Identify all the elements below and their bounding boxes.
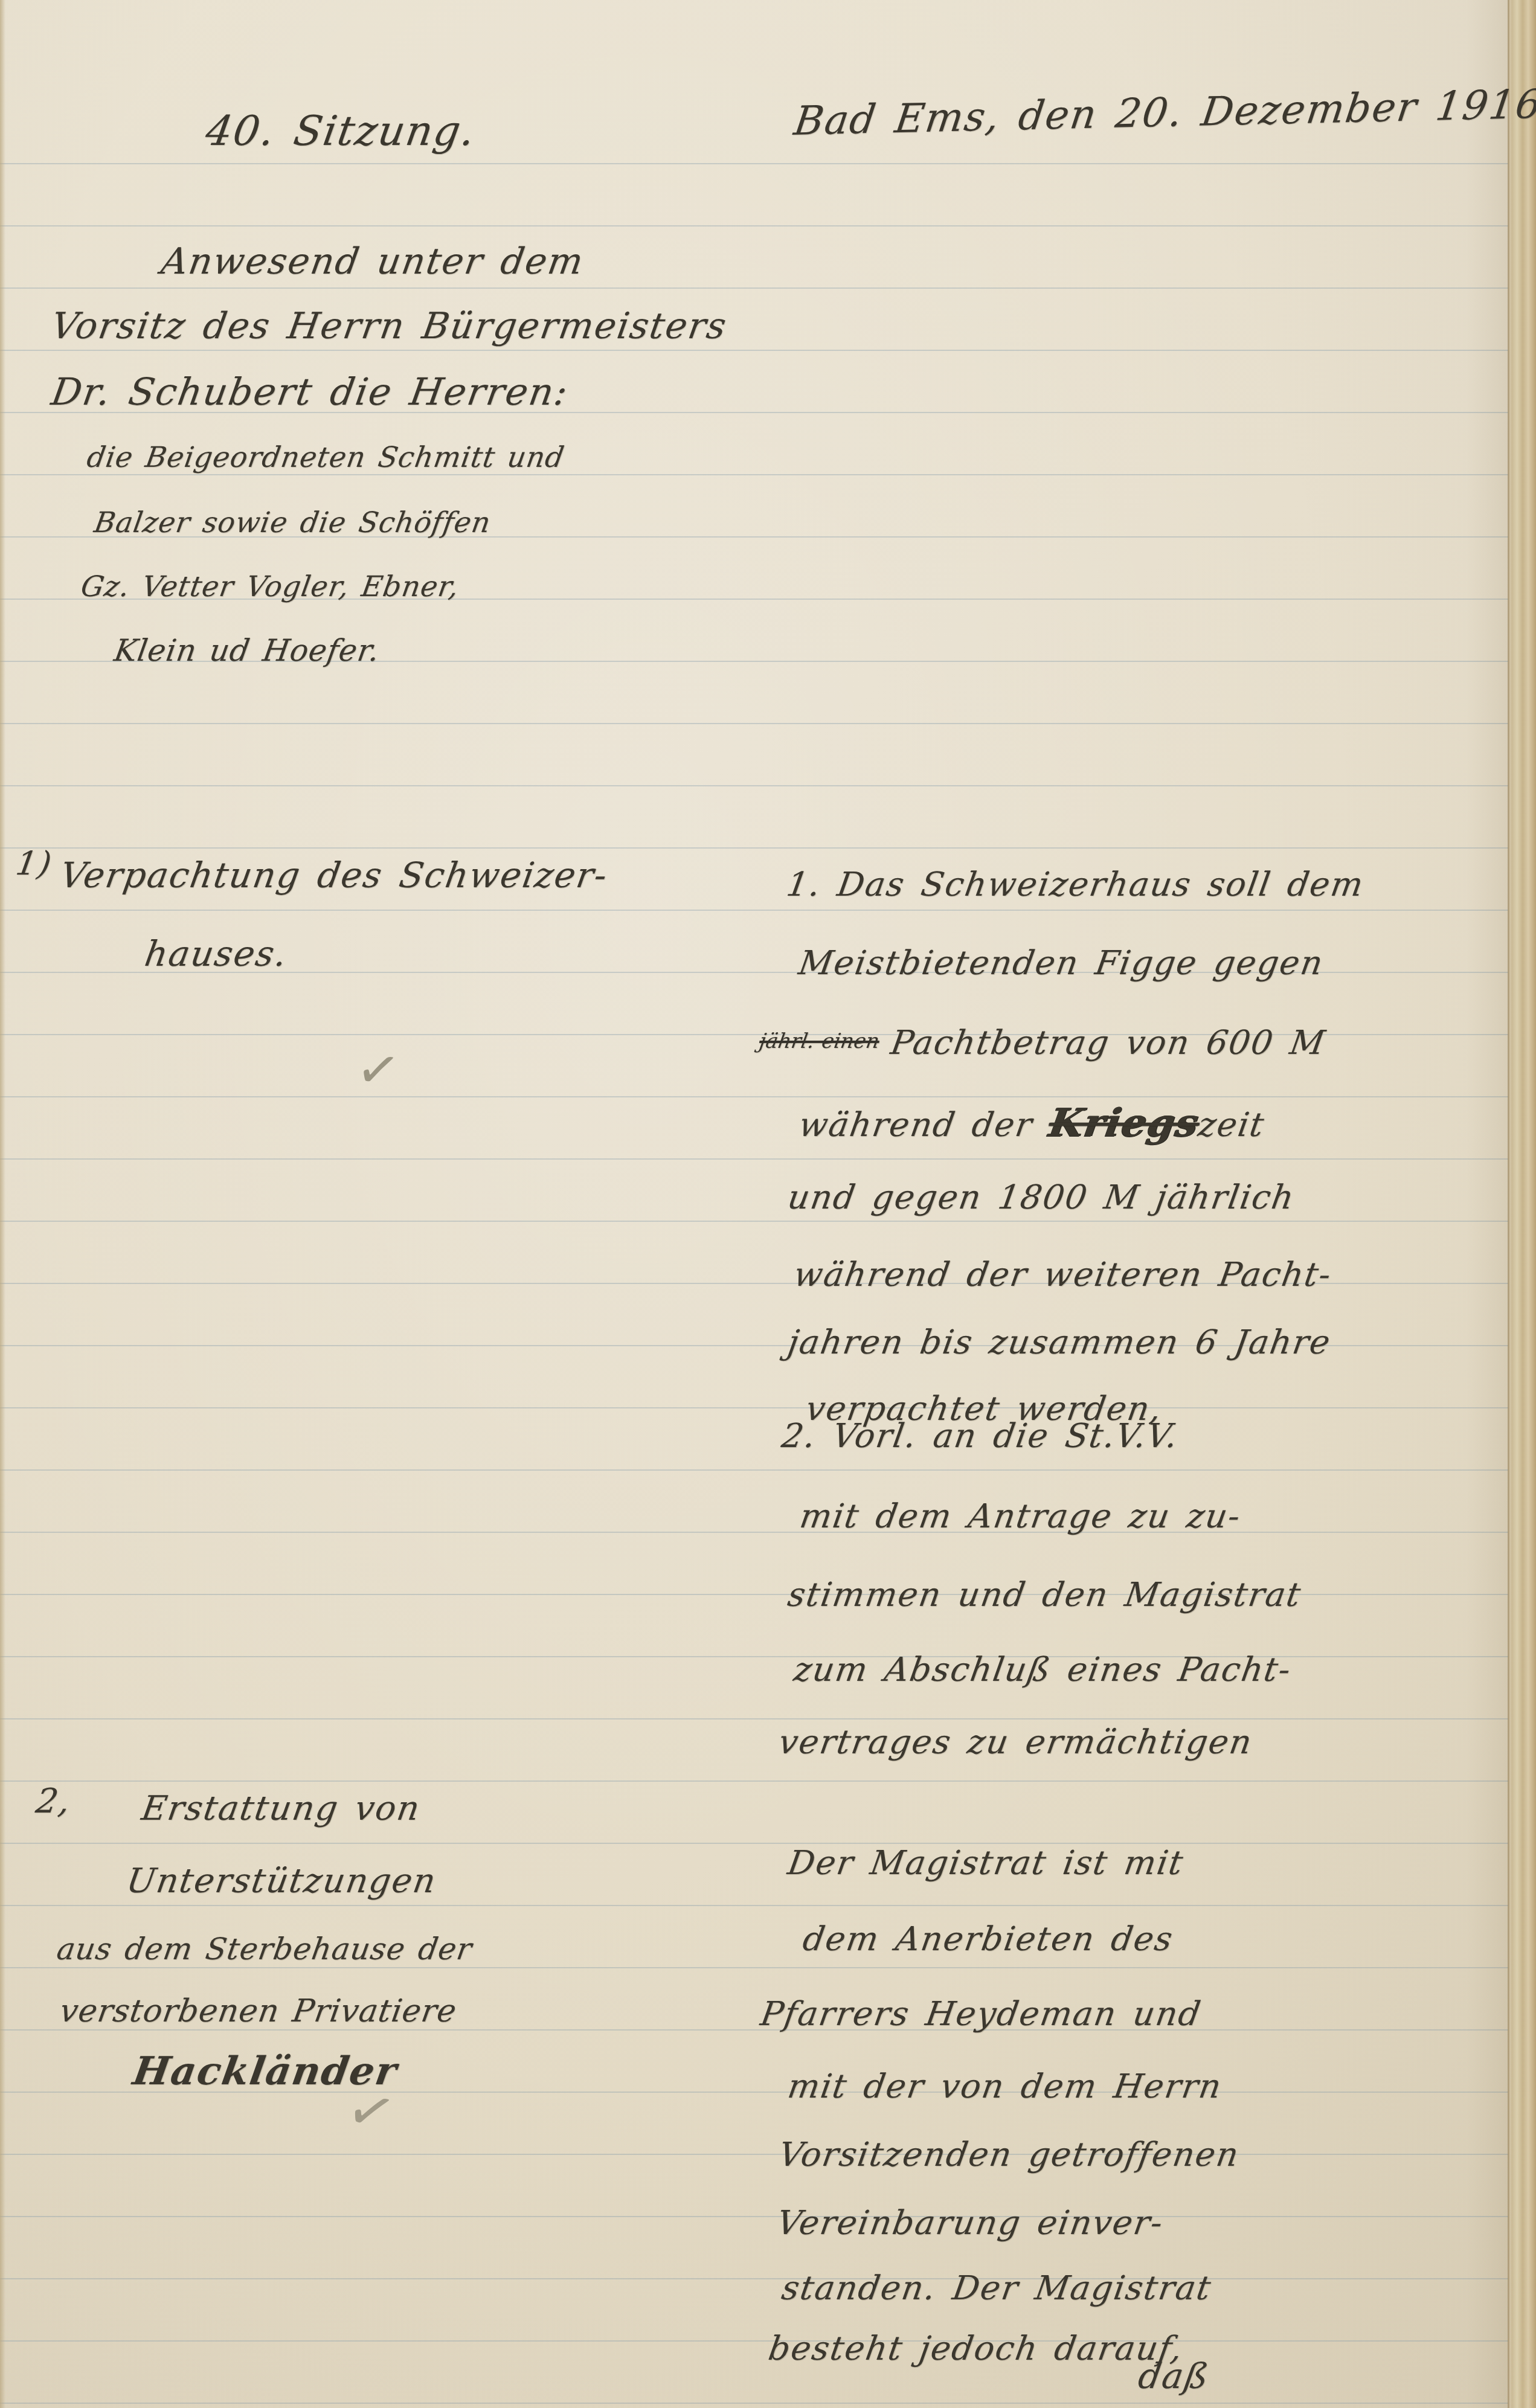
overwritten-word: Kriegs [1046, 1100, 1203, 1146]
resolution-line: besteht jedoch darauf, [766, 2329, 1186, 2368]
resolution-line: 2. Vorl. an die St.V.V. [779, 1416, 1181, 1455]
resolution-line: 1. Das Schweizerhaus soll dem [784, 865, 1367, 904]
item1-margin-line: Verpachtung des Schweizer- [57, 855, 611, 896]
resolution-line: mit dem Antrage zu zu- [797, 1497, 1244, 1535]
resolution-line: während der weiteren Pacht- [791, 1255, 1335, 1294]
attendance-line: die Beigeordneten Schmitt und [85, 441, 567, 474]
item2-margin-line: verstorbenen Privatiere [57, 1993, 459, 2029]
resolution-line: Der Magistrat ist mit [785, 1843, 1187, 1882]
resolution-line-text: Pachtbetrag von 600 M [888, 1023, 1328, 1062]
place-date: Bad Ems, den 20. Dezember 1916. [791, 80, 1536, 144]
attendance-line: Klein ud Hoefer. [112, 633, 382, 668]
resolution-line: Vorsitzenden getroffenen [776, 2135, 1242, 2174]
resolution-line: Pfarrers Heydeman und [758, 1994, 1204, 2033]
resolution-line: vertrages zu ermächtigen [776, 1723, 1255, 1761]
item1-margin-line: hauses. [142, 933, 291, 974]
resolution-line: und gegen 1800 M jährlich [785, 1178, 1297, 1216]
item2-margin-line: Unterstützungen [124, 1861, 439, 1901]
resolution-line: daß [1136, 2355, 1212, 2397]
item2-margin-line: aus dem Sterbehause der [54, 1931, 475, 1967]
attendance-line: Vorsitz des Herrn Bürgermeisters [48, 305, 730, 347]
attendance-line: Gz. Vetter Vogler, Ebner, [79, 570, 461, 603]
page-gutter-shadow [1466, 0, 1508, 2408]
page-edge-right [1508, 0, 1536, 2408]
resolution-line: standen. Der Magistrat [779, 2268, 1215, 2307]
attendance-line: Dr. Schubert die Herren: [48, 370, 572, 414]
attendance-line: Balzer sowie die Schöffen [92, 506, 493, 539]
resolution-line: jahren bis zusammen 6 Jahre [785, 1323, 1334, 1361]
item1-number: 1) [13, 844, 55, 882]
pencil-checkmark: ✓ [352, 1037, 405, 1103]
resolution-line: jährl. einenPachtbetrag von 600 M [756, 1023, 1329, 1062]
page-fold-line [1508, 0, 1509, 2408]
item2-number: 2, [33, 1782, 74, 1821]
resolution-line: mit der von dem Herrn [785, 2067, 1225, 2105]
resolution-line: stimmen und den Magistrat [785, 1575, 1304, 1614]
resolution-line: während der Kriegszeit [796, 1100, 1268, 1146]
struck-words: jährl. einen [757, 1029, 881, 1053]
resolution-line-text: zeit [1195, 1105, 1267, 1144]
attendance-line: Anwesend unter dem [158, 240, 587, 283]
notebook-page: 40. Sitzung. Bad Ems, den 20. Dezember 1… [0, 0, 1536, 2408]
resolution-line-text: während der [796, 1105, 1052, 1144]
item2-margin-line: Erstattung von [139, 1789, 423, 1828]
session-title: 40. Sitzung. [202, 108, 479, 155]
page-edge-left [0, 0, 5, 2408]
resolution-line: dem Anerbieten des [800, 1919, 1176, 1958]
resolution-line: Vereinbarung einver- [774, 2203, 1166, 2242]
resolution-line: zum Abschluß eines Pacht- [791, 1650, 1294, 1689]
resolution-line: Meistbietenden Figge gegen [796, 943, 1326, 982]
